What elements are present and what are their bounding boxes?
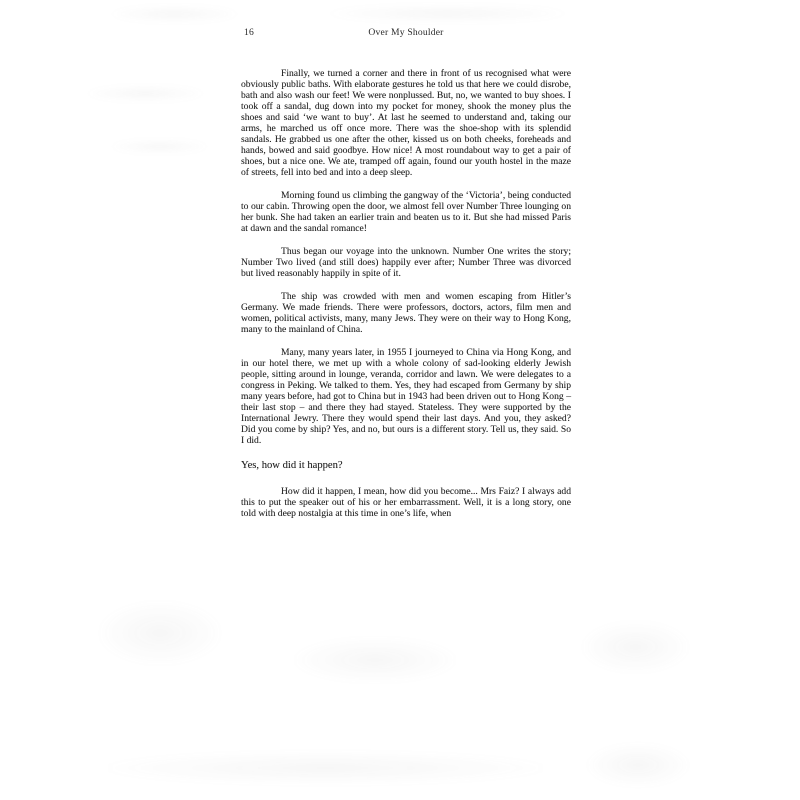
scan-artifact	[88, 86, 203, 101]
body-paragraph: Thus began our voyage into the unknown. …	[241, 246, 571, 279]
running-header: 16 Over My Shoulder	[241, 27, 571, 41]
scan-artifact	[112, 140, 207, 153]
scan-artifact	[583, 622, 688, 672]
scan-artifact	[295, 638, 455, 682]
body-paragraph: Finally, we turned a corner and there in…	[241, 68, 571, 178]
scan-artifact	[588, 744, 688, 786]
running-title: Over My Shoulder	[241, 27, 571, 38]
scan-artifact	[108, 752, 543, 784]
body-text-column: Finally, we turned a corner and there in…	[241, 68, 571, 531]
body-paragraph: The ship was crowded with men and women …	[241, 291, 571, 335]
body-paragraph: How did it happen, I mean, how did you b…	[241, 486, 571, 519]
scan-artifact	[330, 5, 565, 22]
body-paragraph: Many, many years later, in 1955 I journe…	[241, 347, 571, 446]
scan-artifact	[100, 602, 220, 664]
book-page: 16 Over My Shoulder Finally, we turned a…	[0, 0, 800, 800]
body-paragraph: Morning found us climbing the gangway of…	[241, 190, 571, 234]
scan-artifact	[112, 6, 237, 22]
section-heading: Yes, how did it happen?	[241, 460, 571, 471]
